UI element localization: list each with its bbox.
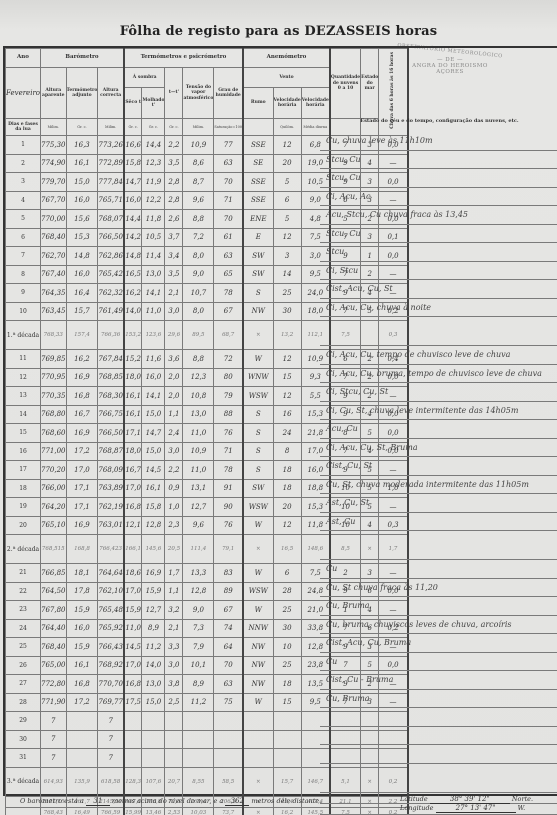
cell-molh: 12,2 xyxy=(142,191,165,210)
cell-diff: 0,9 xyxy=(165,479,183,498)
cell-term: 15,7 xyxy=(66,302,98,321)
unit-label: Gr. c. xyxy=(66,119,98,136)
day-cell: 4 xyxy=(6,191,41,210)
cell-molh: 15,0 xyxy=(142,693,165,712)
cell-grau: 70 xyxy=(214,656,243,675)
cell-tens: 8,8 xyxy=(183,350,214,369)
cell-term: 16,1 xyxy=(66,656,98,675)
cell-molh xyxy=(142,730,165,749)
day-cell: 17 xyxy=(6,461,41,480)
cell-diff: 3,4 xyxy=(165,247,183,266)
cell-rumo: SSE xyxy=(243,136,273,155)
cell-grau: 74 xyxy=(214,619,243,638)
cell-molh: 15,0 xyxy=(142,405,165,424)
cell-alt_ap: 764,40 xyxy=(41,619,67,638)
wet-header: Molhado t' xyxy=(142,88,165,119)
cell-grau xyxy=(214,749,243,768)
observation-line: Cu xyxy=(320,653,557,672)
cell-seco: 18,6 xyxy=(124,564,142,583)
cell-diff: 2,8 xyxy=(165,173,183,192)
cell-rumo: ENE xyxy=(243,210,273,229)
cell-grau: 72 xyxy=(214,350,243,369)
page-title: Fôlha de registo para as DEZASSEIS horas xyxy=(0,24,557,39)
cell-diff: 2,2 xyxy=(165,136,183,155)
observation-line: Cu, St chuva fraca às 11,20 xyxy=(320,579,557,598)
cell-alt_ap: 767,80 xyxy=(41,601,67,620)
cell-tens: 8,8 xyxy=(183,210,214,229)
cell-seco: 14,8 xyxy=(124,247,142,266)
cell-alt_c: 768,87 xyxy=(98,442,124,461)
cell-alt_ap: 771,00 xyxy=(41,442,67,461)
observation-line xyxy=(320,745,557,764)
day-cell: 2 xyxy=(6,154,41,173)
cell-grau: 70 xyxy=(214,173,243,192)
cell-term: 16,7 xyxy=(66,405,98,424)
cell-term: 18,1 xyxy=(66,564,98,583)
cell-seco: 17,0 xyxy=(124,656,142,675)
cell-vel: 15,7 xyxy=(273,767,301,796)
cell-grau: 63 xyxy=(214,247,243,266)
cell-tens: 8,7 xyxy=(183,173,214,192)
cell-rumo: S xyxy=(243,424,273,443)
cell-rumo: WSW xyxy=(243,498,273,517)
cell-molh: 13,0 xyxy=(142,675,165,694)
cell-molh: 8,9 xyxy=(142,619,165,638)
cell-molh: 11,9 xyxy=(142,173,165,192)
cell-grau xyxy=(214,730,243,749)
cell-rumo: W xyxy=(243,564,273,583)
cell-diff xyxy=(165,712,183,731)
cell-tens: 9,0 xyxy=(183,601,214,620)
cell-tens: 12,8 xyxy=(183,582,214,601)
cell-tens xyxy=(183,749,214,768)
cell-seco: 16,5 xyxy=(124,265,142,284)
cell-alt_c: 768,09 xyxy=(98,461,124,480)
cell-seco: 16,8 xyxy=(124,498,142,517)
cell-vel: 25 xyxy=(273,601,301,620)
cell-alt_c: 766,50 xyxy=(98,424,124,443)
cell-molh: 11,0 xyxy=(142,302,165,321)
observation-line: Ast, Cu, St xyxy=(320,494,557,513)
cell-vel: 12 xyxy=(273,516,301,535)
cell-alt_ap: 769,85 xyxy=(41,350,67,369)
cell-rumo: W xyxy=(243,601,273,620)
corrected-height-header: Altura correcta xyxy=(98,68,124,119)
cell-molh: 15,0 xyxy=(142,442,165,461)
cell-diff: 3,5 xyxy=(165,265,183,284)
cell-vel: 5 xyxy=(273,210,301,229)
cell-term: 16,2 xyxy=(66,350,98,369)
wind-header: Vento xyxy=(243,68,330,88)
cell-grau: 75 xyxy=(214,693,243,712)
cell-seco: 14,0 xyxy=(124,302,142,321)
observation-line xyxy=(320,708,557,727)
cell-alt_c: 768,85 xyxy=(98,368,124,387)
day-cell: 10 xyxy=(6,302,41,321)
cell-vel: 16 xyxy=(273,405,301,424)
cell-rumo: NW xyxy=(243,302,273,321)
cell-diff: 3,7 xyxy=(165,228,183,247)
observation-line: Acu, Stcu, Cu chuva fraca às 13,45 xyxy=(320,206,557,225)
cell-molh: 15,8 xyxy=(142,498,165,517)
cell-alt_ap: 770,00 xyxy=(41,210,67,229)
cell-tens: 13,1 xyxy=(183,479,214,498)
cell-molh: 11,4 xyxy=(142,247,165,266)
cell-term: 15,9 xyxy=(66,638,98,657)
shade-header: À sombra xyxy=(124,68,165,88)
cell-alt_c: 765,92 xyxy=(98,619,124,638)
cell-tens: 10,1 xyxy=(183,656,214,675)
cell-grau: 63 xyxy=(214,154,243,173)
clouds-header: Quantidade de nuvens 0 a 10 xyxy=(330,49,361,119)
cell-grau: 77 xyxy=(214,136,243,155)
cell-rumo: × xyxy=(243,807,273,815)
cell-seco: 18,0 xyxy=(124,368,142,387)
cell-rumo: E xyxy=(243,228,273,247)
cell-alt_ap: 764,35 xyxy=(41,284,67,303)
observation-line: Stcu, Cu xyxy=(320,169,557,188)
cell-vel: 12 xyxy=(273,387,301,406)
days-header: Dias e fases da lua xyxy=(6,119,41,136)
cell-diff: 3,2 xyxy=(165,601,183,620)
cell-alt_c: 763,01 xyxy=(98,516,124,535)
cell-vel: 24 xyxy=(273,424,301,443)
cell-alt_c: 770,70 xyxy=(98,675,124,694)
cell-alt_ap: 772,80 xyxy=(41,675,67,694)
cell-alt_c: 762,32 xyxy=(98,284,124,303)
cell-seco: 16,1 xyxy=(124,405,142,424)
cell-seco: 15,99 xyxy=(124,807,142,815)
day-cell: 15 xyxy=(6,424,41,443)
cell-molh xyxy=(142,712,165,731)
cell-diff: 3,8 xyxy=(165,675,183,694)
sea-state-header: Estado do mar xyxy=(361,49,379,119)
vapor-tension-header: Tensão do vapor atmosférico xyxy=(183,68,214,119)
cell-term: 14,8 xyxy=(66,247,98,266)
cell-grau: 65 xyxy=(214,265,243,284)
register-sheet: AnoBarómetroTermómetros e psicrómetroAne… xyxy=(3,46,557,796)
cell-rumo: WSW xyxy=(243,582,273,601)
cell-alt_ap: 771,90 xyxy=(41,693,67,712)
cell-alt_c: 765,48 xyxy=(98,601,124,620)
cell-alt_c: 766,50 xyxy=(98,228,124,247)
cell-vel: 15 xyxy=(273,368,301,387)
cell-tens: 111,4 xyxy=(183,535,214,564)
cell-molh: 14,0 xyxy=(142,656,165,675)
cell-grau: 78 xyxy=(214,461,243,480)
cell-alt_c: 618,58 xyxy=(98,767,124,796)
cell-term: 16,49 xyxy=(66,807,98,815)
cell-molh: 14,1 xyxy=(142,387,165,406)
observation-line xyxy=(320,764,557,793)
cell-alt_ap: 770,20 xyxy=(41,461,67,480)
cell-alt_c: 763,89 xyxy=(98,479,124,498)
cell-seco: 17,0 xyxy=(124,582,142,601)
cell-tens xyxy=(183,712,214,731)
cell-vel: 12 xyxy=(273,136,301,155)
cell-alt_ap: 767,70 xyxy=(41,191,67,210)
cell-alt_c: 777,84 xyxy=(98,173,124,192)
cell-seco: 17,0 xyxy=(124,479,142,498)
cell-diff: 3,0 xyxy=(165,656,183,675)
observation-line xyxy=(320,727,557,746)
anemometer-header: Anemómetro xyxy=(243,49,330,68)
cell-diff: 3,0 xyxy=(165,302,183,321)
observation-line: Acu, Cu xyxy=(320,420,557,439)
cell-tens: 11,0 xyxy=(183,424,214,443)
cell-rumo: S xyxy=(243,405,273,424)
cell-vel xyxy=(273,712,301,731)
day-cell: 16 xyxy=(6,442,41,461)
observation-line xyxy=(320,531,557,560)
cell-vel: 12 xyxy=(273,228,301,247)
day-cell: 3 xyxy=(6,173,41,192)
cell-term: 16,0 xyxy=(66,265,98,284)
cell-term: 17,1 xyxy=(66,498,98,517)
cell-molh: 107,6 xyxy=(142,767,165,796)
cell-molh: 12,8 xyxy=(142,516,165,535)
observation-line: Stcu, Cu xyxy=(320,151,557,170)
cell-alt_c: 772,89 xyxy=(98,154,124,173)
cell-term: 168,8 xyxy=(66,535,98,564)
cell-seco xyxy=(124,749,142,768)
cell-term: 16,8 xyxy=(66,675,98,694)
cell-seco: 14,4 xyxy=(124,210,142,229)
observation-line: Cist, Acu, Cu, Bruma xyxy=(320,634,557,653)
cell-molh: 10,5 xyxy=(142,228,165,247)
cell-term: 16,0 xyxy=(66,191,98,210)
cell-alt_ap: 7 xyxy=(41,712,67,731)
cell-rumo: SE xyxy=(243,154,273,173)
observation-line: Cist, Cu, St xyxy=(320,457,557,476)
cell-molh: 11,8 xyxy=(142,210,165,229)
cell-tens: 10,03 xyxy=(183,807,214,815)
day-cell: 6 xyxy=(6,228,41,247)
cell-alt_c: 766,75 xyxy=(98,405,124,424)
cell-grau: 88 xyxy=(214,405,243,424)
cell-grau xyxy=(214,712,243,731)
cell-molh: 12,3 xyxy=(142,154,165,173)
day-cell: 12 xyxy=(6,368,41,387)
observation-line: Ci, Acu, Cu, tempo de chuvisco leve de c… xyxy=(320,346,557,365)
cell-tens: 11,2 xyxy=(183,693,214,712)
cell-seco xyxy=(124,730,142,749)
cell-alt_ap: 770,95 xyxy=(41,368,67,387)
cell-rumo: SSE xyxy=(243,173,273,192)
observation-line: Cu, bruma, chuviscos leves de chuva, arc… xyxy=(320,616,557,635)
cell-alt_ap: 768,80 xyxy=(41,405,67,424)
observation-line: Cu, Bruma xyxy=(320,597,557,616)
cell-molh: 123,6 xyxy=(142,321,165,350)
cell-tens: 8,6 xyxy=(183,154,214,173)
cell-diff: 2,6 xyxy=(165,210,183,229)
cell-rumo: SW xyxy=(243,247,273,266)
cell-vel: 20 xyxy=(273,498,301,517)
cell-tens: 8,9 xyxy=(183,675,214,694)
cell-alt_c: 766,36 xyxy=(98,321,124,350)
cell-alt_c: 769,77 xyxy=(98,693,124,712)
day-cell: 30 xyxy=(6,730,41,749)
cell-alt_ap: 766,85 xyxy=(41,564,67,583)
cell-alt_ap: 768,40 xyxy=(41,638,67,657)
day-cell: 8 xyxy=(6,265,41,284)
cell-term: 16,9 xyxy=(66,516,98,535)
cell-molh: 145,6 xyxy=(142,535,165,564)
cell-vel: 16,5 xyxy=(273,535,301,564)
cell-seco: 11,0 xyxy=(124,619,142,638)
cell-tens: 10,9 xyxy=(183,442,214,461)
observation-line: Stcu xyxy=(320,243,557,262)
cell-rumo: WNW xyxy=(243,368,273,387)
cell-grau: 58,5 xyxy=(214,767,243,796)
cell-diff: 2,0 xyxy=(165,387,183,406)
cell-seco: 15,9 xyxy=(124,601,142,620)
cell-diff: 3,5 xyxy=(165,154,183,173)
cell-alt_ap: 767,40 xyxy=(41,265,67,284)
cell-rumo: SW xyxy=(243,265,273,284)
attached-thermometer-header: Termómetro adjunto xyxy=(66,68,98,119)
cell-seco: 17,5 xyxy=(124,693,142,712)
cell-vel: 28 xyxy=(273,582,301,601)
cell-seco: 14,5 xyxy=(124,638,142,657)
cell-vel: 6 xyxy=(273,564,301,583)
cell-rumo: × xyxy=(243,767,273,796)
hourly-velocity2-header: Velocidade horária xyxy=(301,88,330,119)
unit-label: Milim. xyxy=(41,119,67,136)
cell-alt_ap: 779,70 xyxy=(41,173,67,192)
cell-term: 135,9 xyxy=(66,767,98,796)
cell-alt_ap: 764,50 xyxy=(41,582,67,601)
day-cell: 11 xyxy=(6,350,41,369)
cell-vel: 18 xyxy=(273,675,301,694)
cell-diff: 1,7 xyxy=(165,564,183,583)
latitude: Latitude 38° 39' 12" Norte. xyxy=(400,795,533,804)
cell-seco: 16,1 xyxy=(124,387,142,406)
cell-grau: 83 xyxy=(214,564,243,583)
day-cell: 19 xyxy=(6,498,41,517)
cell-vel: 13,2 xyxy=(273,321,301,350)
observations-header: Estado do céu e do tempo, configuração d… xyxy=(320,118,557,124)
cell-molh: 14,1 xyxy=(142,284,165,303)
day-cell: 7 xyxy=(6,247,41,266)
day-cell: 1.ª década xyxy=(6,321,41,350)
unit-label: Gr. c. xyxy=(142,119,165,136)
cell-rumo: NW xyxy=(243,675,273,694)
cell-rumo: S xyxy=(243,461,273,480)
cell-alt_ap: 766,00 xyxy=(41,479,67,498)
cell-vel: 25 xyxy=(273,284,301,303)
cell-vel: 30 xyxy=(273,302,301,321)
cell-alt_ap: 774,90 xyxy=(41,154,67,173)
cell-tens: 8,55 xyxy=(183,767,214,796)
cell-molh xyxy=(142,749,165,768)
observation-line: Ast, Cu xyxy=(320,513,557,532)
day-cell: 21 xyxy=(6,564,41,583)
cell-grau: 63 xyxy=(214,675,243,694)
cell-rumo: W xyxy=(243,516,273,535)
cell-diff: 3,6 xyxy=(165,350,183,369)
cell-grau: 71 xyxy=(214,442,243,461)
cell-grau: 78 xyxy=(214,284,243,303)
cell-tens: 7,2 xyxy=(183,228,214,247)
cell-tens: 7,9 xyxy=(183,638,214,657)
observation-line: Ci, Acu, Ac xyxy=(320,188,557,207)
cell-rumo: NNW xyxy=(243,619,273,638)
observation-line: Stcu, Cu xyxy=(320,225,557,244)
cell-alt_c: 765,71 xyxy=(98,191,124,210)
cell-grau: 91 xyxy=(214,479,243,498)
cell-vel: 16,2 xyxy=(273,807,301,815)
cell-seco: 12,1 xyxy=(124,516,142,535)
cell-grau: 76 xyxy=(214,516,243,535)
cell-diff: 29,6 xyxy=(165,321,183,350)
cell-alt_c: 768,92 xyxy=(98,656,124,675)
cell-seco: 16,6 xyxy=(124,136,142,155)
cell-rumo xyxy=(243,730,273,749)
cell-grau: 64 xyxy=(214,638,243,657)
unit-label: Gr. c. xyxy=(124,119,142,136)
cell-seco: 15,8 xyxy=(124,154,142,173)
cell-molh: 13,46 xyxy=(142,807,165,815)
observation-line: Ci, Acu, Cu, St, Bruma xyxy=(320,439,557,458)
cell-diff: 2,0 xyxy=(165,368,183,387)
cell-tens: 7,3 xyxy=(183,619,214,638)
cell-grau: 80 xyxy=(214,368,243,387)
cell-diff: 2,8 xyxy=(165,191,183,210)
day-cell: 13 xyxy=(6,387,41,406)
cell-grau: 67 xyxy=(214,601,243,620)
cell-term: 17,1 xyxy=(66,479,98,498)
cell-grau: 71 xyxy=(214,191,243,210)
apparent-height-header: Altura aparente xyxy=(41,68,67,119)
day-cell: 24 xyxy=(6,619,41,638)
cell-tens: 10,9 xyxy=(183,136,214,155)
cell-molh: 14,5 xyxy=(142,461,165,480)
cell-term: 15,0 xyxy=(66,173,98,192)
cell-alt_ap: 768,33 xyxy=(41,321,67,350)
cell-alt_ap: 764,20 xyxy=(41,498,67,517)
cell-term: 17,0 xyxy=(66,461,98,480)
cell-seco: 14,2 xyxy=(124,228,142,247)
longitude: Longitude 27° 13' 47" W. xyxy=(400,804,525,813)
cell-diff: 20,5 xyxy=(165,535,183,564)
unit-label: Saturação=100 xyxy=(214,119,243,136)
cell-tens: 9,6 xyxy=(183,516,214,535)
cell-molh: 16,9 xyxy=(142,564,165,583)
cell-term: 15,3 xyxy=(66,228,98,247)
observation-line: Cu xyxy=(320,560,557,579)
cell-seco: 18,0 xyxy=(124,442,142,461)
cell-term: 17,2 xyxy=(66,693,98,712)
cell-alt_ap: 768,43 xyxy=(41,807,67,815)
cell-diff: 3,3 xyxy=(165,638,183,657)
observation-line: Ci, Stcu xyxy=(320,262,557,281)
cell-alt_ap: 765,10 xyxy=(41,516,67,535)
cell-alt_ap: 614,93 xyxy=(41,767,67,796)
cell-grau: 61 xyxy=(214,228,243,247)
cell-diff: 2,2 xyxy=(165,461,183,480)
unit-label: Milim. xyxy=(183,119,214,136)
unit-label: Gr. c. xyxy=(165,119,183,136)
barometer-header: Barómetro xyxy=(41,49,124,68)
cell-alt_c: 765,42 xyxy=(98,265,124,284)
cell-term: 17,2 xyxy=(66,442,98,461)
cell-diff: 1,1 xyxy=(165,582,183,601)
cell-seco: 16,8 xyxy=(124,675,142,694)
day-cell: 18 xyxy=(6,479,41,498)
day-cell: 28 xyxy=(6,693,41,712)
cell-alt_c: 7 xyxy=(98,712,124,731)
